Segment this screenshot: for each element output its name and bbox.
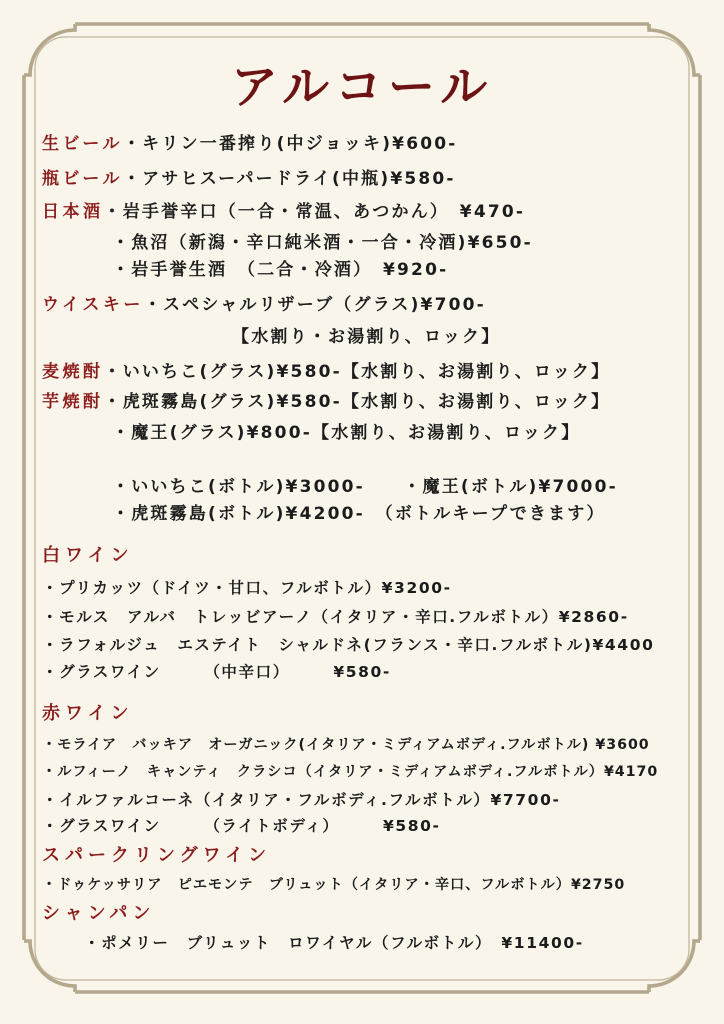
menu-line: ・虎斑霧島(ボトル)¥4200- （ボトルキープできます） <box>112 505 606 525</box>
category-label: ウイスキー <box>42 295 144 315</box>
line-text: ・岩手誉生酒 （二合・冷酒） ¥920- <box>112 260 448 280</box>
section-heading: 白ワイン <box>42 546 133 567</box>
line-text: ・スペシャルリザーブ（グラス)¥700- <box>144 295 486 315</box>
category-label: 瓶ビール <box>42 169 123 189</box>
line-text: ・いいちこ(グラス)¥580-【水割り、お湯割り、ロック】 <box>104 362 611 382</box>
line-text: 白ワイン <box>42 545 133 566</box>
line-text: ・アサヒスーパードライ(中瓶)¥580- <box>123 169 456 189</box>
line-text: ・虎斑霧島(グラス)¥580-【水割り、お湯割り、ロック】 <box>104 392 611 412</box>
line-text: ・ルフィーノ キャンティ クラシコ（イタリア・ミディアムボディ.フルボトル）¥4… <box>42 764 658 780</box>
section-heading: シャンパン <box>42 904 155 925</box>
line-text: スパークリングワイン <box>42 845 271 866</box>
category-label: 麦焼酎 <box>42 362 104 382</box>
category-label: 芋焼酎 <box>42 392 104 412</box>
menu-page: アルコール 生ビール・キリン一番搾り(中ジョッキ)¥600-瓶ビール・アサヒスー… <box>0 0 724 1024</box>
category-label: 生ビール <box>42 134 123 154</box>
category-label: 日本酒 <box>42 202 104 222</box>
menu-line: 芋焼酎・虎斑霧島(グラス)¥580-【水割り、お湯割り、ロック】 <box>42 393 610 413</box>
line-text: シャンパン <box>42 903 155 924</box>
menu-line: ・岩手誉生酒 （二合・冷酒） ¥920- <box>112 261 448 281</box>
line-text: ・グラスワイン （中辛口） ¥580- <box>42 663 391 681</box>
menu-line: 【水割り・お湯割り、ロック】 <box>232 328 500 348</box>
menu-line: ・プリカッツ（ドイツ・甘口、フルボトル）¥3200- <box>42 580 452 598</box>
menu-line: ・魔王(グラス)¥800-【水割り、お湯割り、ロック】 <box>112 424 580 444</box>
menu-line: ウイスキー・スペシャルリザーブ（グラス)¥700- <box>42 296 486 316</box>
menu-line: ・ポメリー ブリュット ロワイヤル（フルボトル） ¥11400- <box>84 935 584 953</box>
menu-line: ・ルフィーノ キャンティ クラシコ（イタリア・ミディアムボディ.フルボトル）¥4… <box>42 764 658 780</box>
menu-line: ・ドゥケッサリア ピエモンテ ブリュット（イタリア・辛口、フルボトル）¥2750 <box>42 877 625 893</box>
line-text: ・キリン一番搾り(中ジョッキ)¥600- <box>123 134 458 154</box>
line-text: ・モライア バッキア オーガニック(イタリア・ミディアムボディ.フルボトル) ¥… <box>42 737 650 753</box>
line-text: 赤ワイン <box>42 703 133 724</box>
line-text: ・ポメリー ブリュット ロワイヤル（フルボトル） ¥11400- <box>84 934 584 952</box>
menu-line: 麦焼酎・いいちこ(グラス)¥580-【水割り、お湯割り、ロック】 <box>42 363 610 383</box>
line-text: ・ラフォルジュ エステイト シャルドネ(フランス・辛口.フルボトル)¥4400 <box>42 636 654 654</box>
menu-line: ・魚沼（新潟・辛口純米酒・一合・冷酒)¥650- <box>112 234 533 254</box>
menu-line: 日本酒・岩手誉辛口（一合・常温、あつかん） ¥470- <box>42 203 525 223</box>
menu-line: ・ラフォルジュ エステイト シャルドネ(フランス・辛口.フルボトル)¥4400 <box>42 637 654 655</box>
line-text: 【水割り・お湯割り、ロック】 <box>232 327 500 347</box>
line-text: ・魚沼（新潟・辛口純米酒・一合・冷酒)¥650- <box>112 233 533 253</box>
page-title: アルコール <box>0 50 724 117</box>
line-text: ・イルファルコーネ（イタリア・フルボディ.フルボトル）¥7700- <box>42 791 560 809</box>
menu-line: ・グラスワイン （中辛口） ¥580- <box>42 664 391 682</box>
menu-line: ・いいちこ(ボトル)¥3000- ・魔王(ボトル)¥7000- <box>112 478 618 498</box>
line-text: ・魔王(グラス)¥800-【水割り、お湯割り、ロック】 <box>112 423 580 443</box>
menu-line: ・モライア バッキア オーガニック(イタリア・ミディアムボディ.フルボトル) ¥… <box>42 737 650 753</box>
menu-line: ・モルス アルバ トレッビアーノ（イタリア・辛口.フルボトル）¥2860- <box>42 609 629 627</box>
line-text: ・虎斑霧島(ボトル)¥4200- （ボトルキープできます） <box>112 504 606 524</box>
line-text: ・グラスワイン （ライトボディ） ¥580- <box>42 817 441 835</box>
line-text: ・ドゥケッサリア ピエモンテ ブリュット（イタリア・辛口、フルボトル）¥2750 <box>42 877 625 893</box>
menu-line: ・イルファルコーネ（イタリア・フルボディ.フルボトル）¥7700- <box>42 792 560 810</box>
line-text: ・プリカッツ（ドイツ・甘口、フルボトル）¥3200- <box>42 579 452 597</box>
menu-line: ・グラスワイン （ライトボディ） ¥580- <box>42 818 441 836</box>
line-text: ・モルス アルバ トレッビアーノ（イタリア・辛口.フルボトル）¥2860- <box>42 608 629 626</box>
section-heading: 赤ワイン <box>42 704 133 725</box>
menu-line: 生ビール・キリン一番搾り(中ジョッキ)¥600- <box>42 135 458 155</box>
line-text: ・岩手誉辛口（一合・常温、あつかん） ¥470- <box>104 202 526 222</box>
menu-line: 瓶ビール・アサヒスーパードライ(中瓶)¥580- <box>42 170 456 190</box>
section-heading: スパークリングワイン <box>42 846 271 867</box>
line-text: ・いいちこ(ボトル)¥3000- ・魔王(ボトル)¥7000- <box>112 477 618 497</box>
